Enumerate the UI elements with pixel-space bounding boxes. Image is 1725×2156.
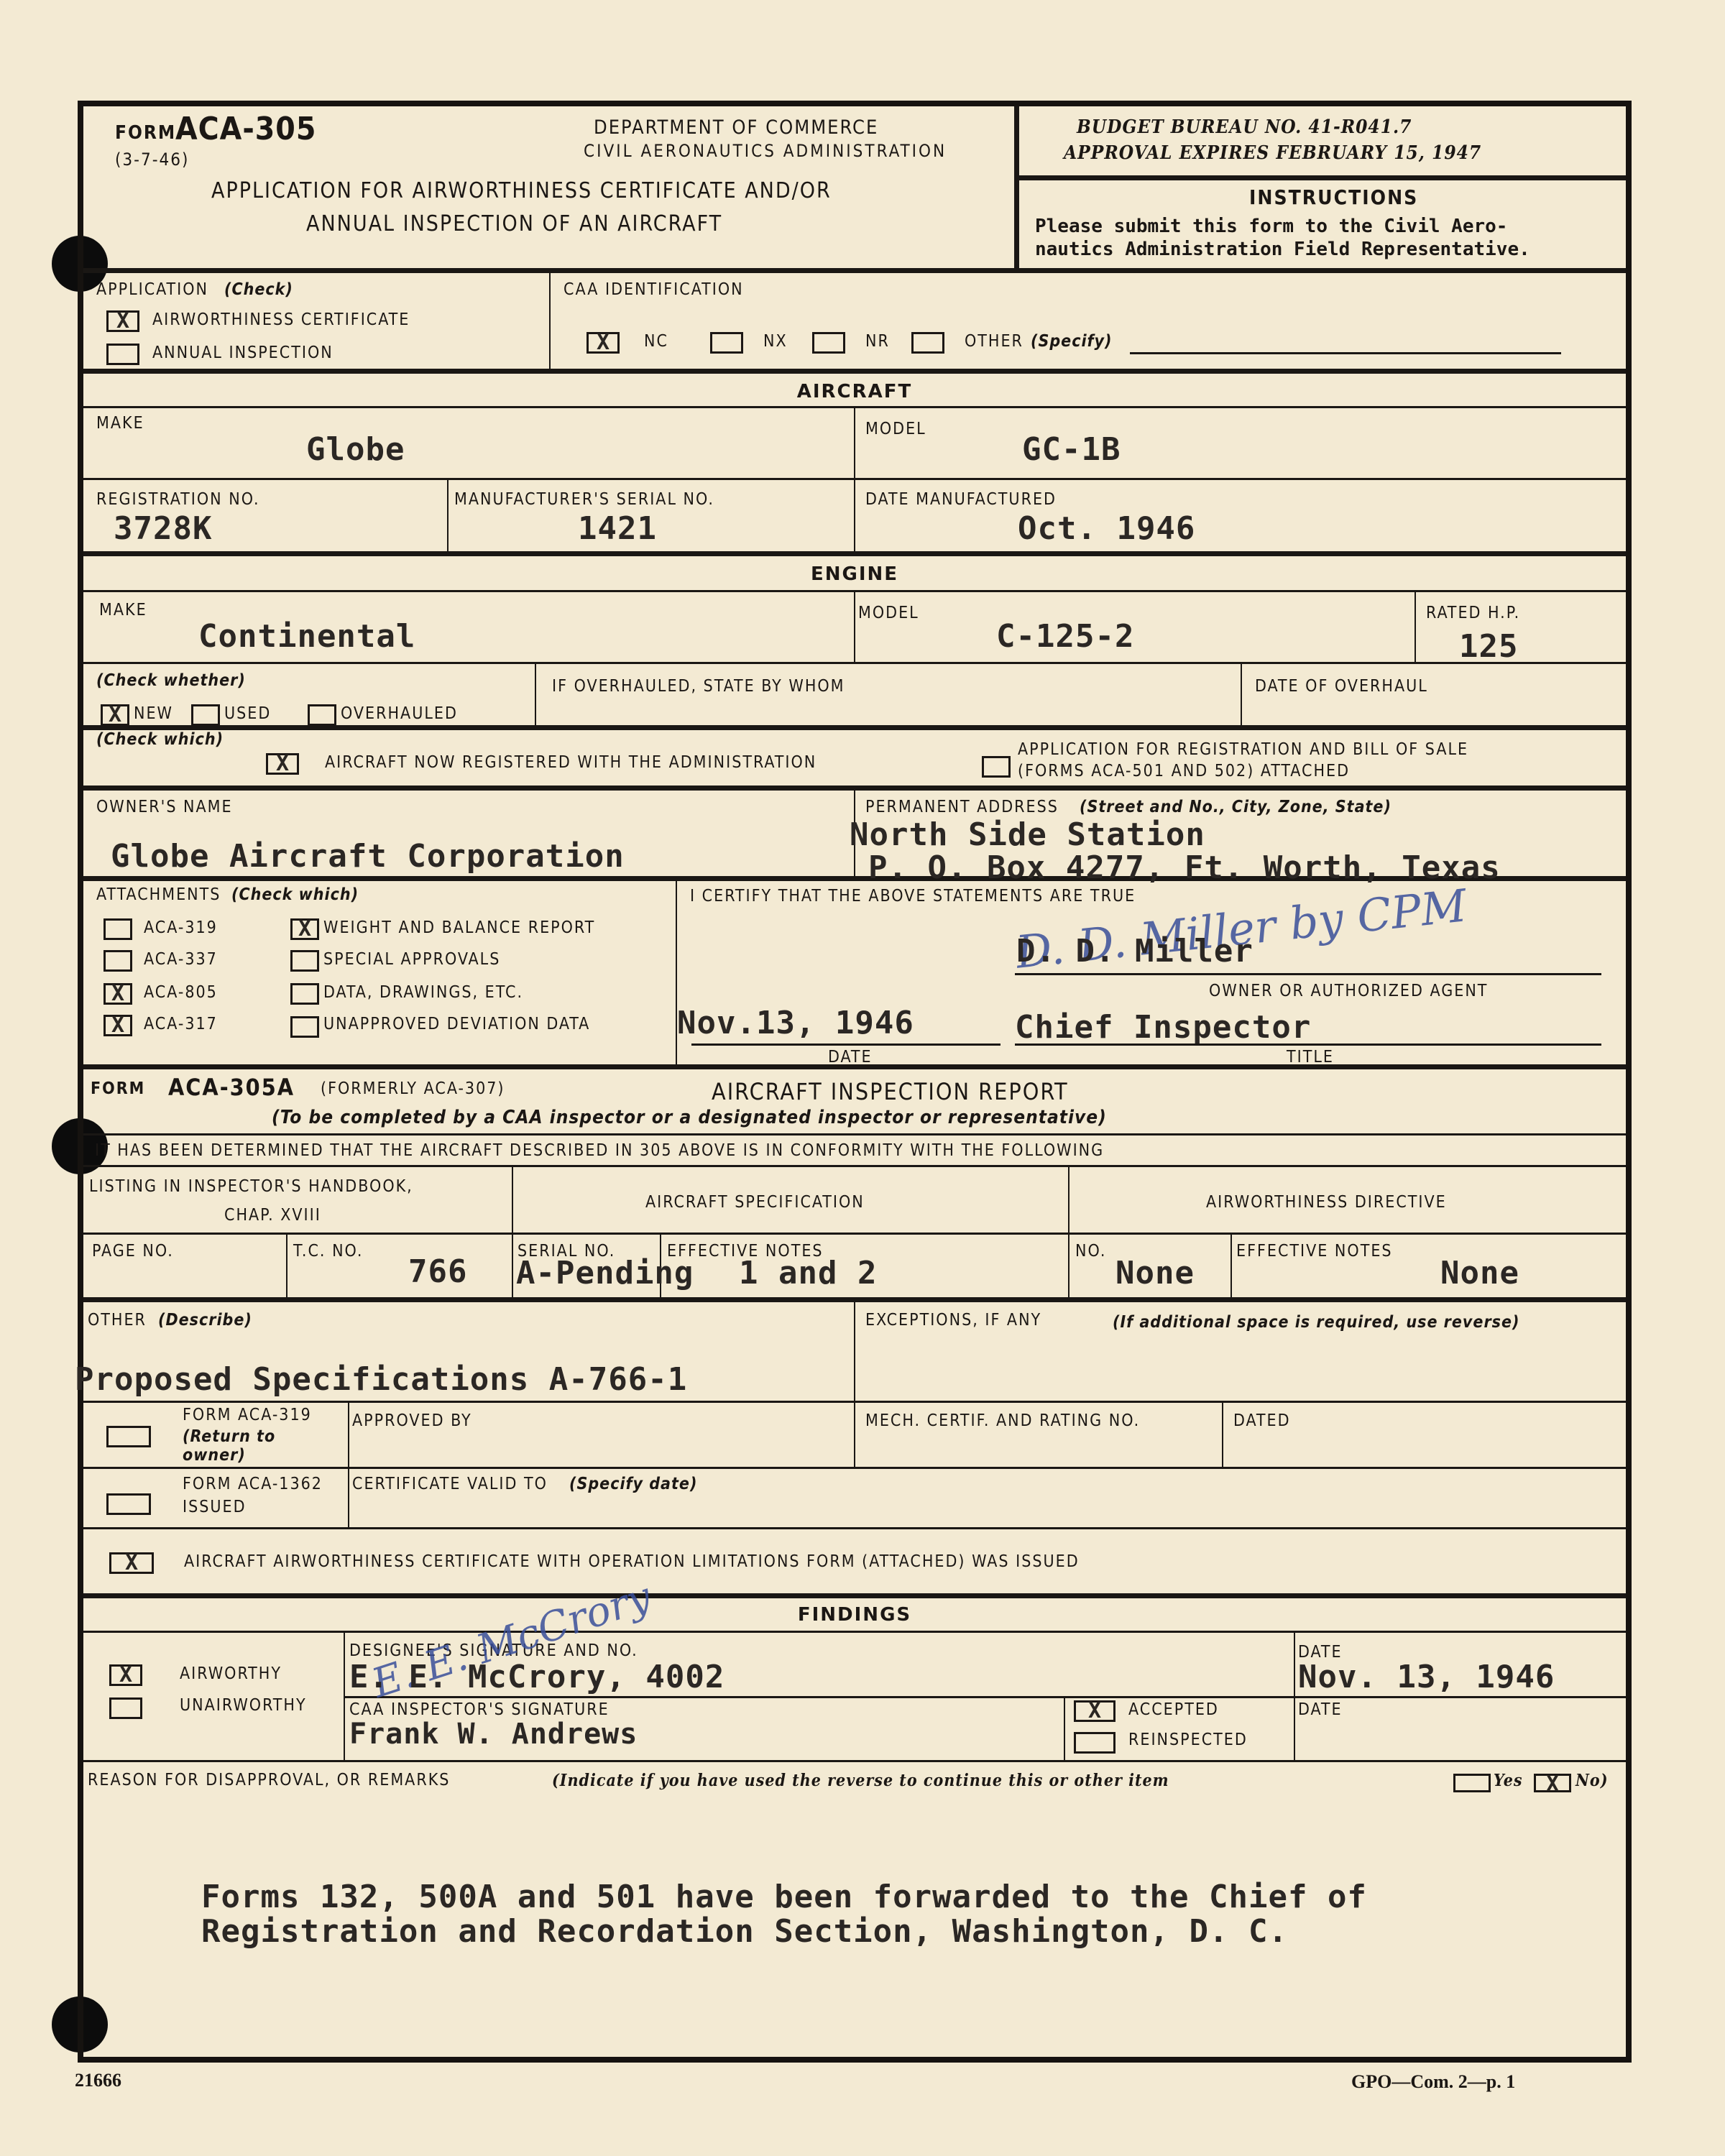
exceptions-hint: (If additional space is required, use re… xyxy=(865,1311,1613,1334)
engine-condition-row: (Check whether) NEW USED OVERHAULED IF O… xyxy=(83,664,1626,730)
form-number: ACA-305 xyxy=(175,111,316,147)
handbook-header-cell: LISTING IN INSPECTOR'S HANDBOOK, CHAP. X… xyxy=(83,1167,513,1233)
owner-name-cell: OWNER'S NAME Globe Aircraft Corporation xyxy=(83,791,855,876)
other-hint: (Specify) xyxy=(1031,332,1113,351)
unairworthy-label: UNAIRWORTHY xyxy=(180,1696,307,1715)
inspector-cell: CAA INSPECTOR'S SIGNATURE Frank W. Andre… xyxy=(345,1696,1065,1760)
attachments-cell: ATTACHMENTS (Check which) ACA-319 ACA-33… xyxy=(83,881,677,1064)
rated-hp-value[interactable]: 125 xyxy=(1459,628,1518,665)
data-drawings-checkbox[interactable] xyxy=(290,983,319,1005)
budget-bureau-number: BUDGET BUREAU NO. 41-R041.7 xyxy=(1077,116,1412,138)
registration-application-checkbox[interactable] xyxy=(982,756,1011,778)
dated-cell: DATED xyxy=(1223,1403,1626,1467)
nr-checkbox[interactable] xyxy=(812,332,845,354)
address-hint: (Street and No., City, Zone, State) xyxy=(1080,798,1391,816)
form-aca-319-checkbox[interactable] xyxy=(106,1426,151,1447)
special-approvals-label: SPECIAL APPROVALS xyxy=(323,950,500,969)
nc-label: NC xyxy=(644,332,668,351)
check-which-hint: (Check which) xyxy=(96,730,224,749)
return-to-label: (Return to xyxy=(183,1427,275,1446)
special-approvals-checkbox[interactable] xyxy=(290,950,319,972)
cert-valid-label: CERTIFICATE VALID TO xyxy=(352,1475,548,1493)
weight-balance-label: WEIGHT AND BALANCE REPORT xyxy=(323,918,595,937)
engine-make-row: MAKE Continental MODEL C-125-2 RATED H.P… xyxy=(83,592,1626,664)
aircraft-make-value[interactable]: Globe xyxy=(306,431,405,468)
certification-date[interactable]: Nov.13, 1946 xyxy=(677,1005,914,1041)
application-section: APPLICATION (Check) AIRWORTHINESS CERTIF… xyxy=(83,273,1626,374)
annual-inspection-label: ANNUAL INSPECTION xyxy=(152,344,333,362)
remarks-line2[interactable]: Registration and Recordation Section, Wa… xyxy=(201,1913,1288,1950)
ad-no-label: NO. xyxy=(1075,1242,1106,1261)
form-aca-1362-label: FORM ACA-1362 xyxy=(183,1475,323,1493)
registration-label: REGISTRATION NO. xyxy=(96,490,260,509)
approved-by-label: APPROVED BY xyxy=(352,1411,472,1430)
reverse-used-yes-label: Yes xyxy=(1494,1771,1523,1790)
instructions-line2: nautics Administration Field Representat… xyxy=(1035,239,1530,260)
signer-typed-name: D. D. Miller xyxy=(1016,933,1253,969)
cert-valid-cell: CERTIFICATE VALID TO (Specify date) xyxy=(349,1469,1626,1527)
other-specify-field[interactable] xyxy=(1130,352,1561,354)
tc-no-cell: T.C. NO. 766 xyxy=(287,1235,513,1297)
ad-no-cell: NO. None xyxy=(1069,1235,1232,1297)
findings-signatures-cell: DESIGNEE'S SIGNATURE AND NO. E. E. McCro… xyxy=(345,1633,1626,1760)
tc-no-value[interactable]: 766 xyxy=(408,1253,467,1290)
other-checkbox[interactable] xyxy=(911,332,944,354)
date-manufactured-cell: DATE MANUFACTURED Oct. 1946 xyxy=(855,480,1626,551)
remarks-line1[interactable]: Forms 132, 500A and 501 have been forwar… xyxy=(201,1879,1367,1915)
form-aca-1362-issued-label: ISSUED xyxy=(183,1498,247,1516)
attachments-certification-row: ATTACHMENTS (Check which) ACA-319 ACA-33… xyxy=(83,881,1626,1069)
designee-date-cell: DATE Nov. 13, 1946 xyxy=(1294,1633,1626,1696)
form-aca-319-row: FORM ACA-319 (Return to owner) APPROVED … xyxy=(83,1403,1626,1469)
mech-cert-cell: MECH. CERTIF. AND RATING NO. xyxy=(855,1403,1223,1467)
approved-by-cell: APPROVED BY xyxy=(349,1403,855,1467)
aircraft-id-row: REGISTRATION NO. 3728K MANUFACTURER'S SE… xyxy=(83,480,1626,556)
inspector-name[interactable]: Frank W. Andrews xyxy=(349,1718,638,1751)
aircraft-make-cell: MAKE Globe xyxy=(83,408,855,478)
footer-gpo-code: GPO—Com. 2—p. 1 xyxy=(1351,2071,1515,2093)
designee-cell: DESIGNEE'S SIGNATURE AND NO. E. E. McCro… xyxy=(345,1633,1295,1696)
certification-cell: I CERTIFY THAT THE ABOVE STATEMENTS ARE … xyxy=(677,881,1626,1064)
inspector-date-label: DATE xyxy=(1298,1700,1343,1719)
owner-row: OWNER'S NAME Globe Aircraft Corporation … xyxy=(83,791,1626,881)
acceptance-cell: ACCEPTED REINSPECTED xyxy=(1064,1696,1295,1760)
inspector-date-cell: DATE xyxy=(1294,1696,1626,1760)
engine-new-checkbox[interactable] xyxy=(101,704,129,726)
conformity-row: IT HAS BEEN DETERMINED THAT THE AIRCRAFT… xyxy=(83,1135,1626,1167)
attachment-aca-337-checkbox[interactable] xyxy=(103,950,132,972)
form-prefix: FORM xyxy=(115,122,176,144)
designee-date-value[interactable]: Nov. 13, 1946 xyxy=(1298,1659,1555,1695)
engine-used-checkbox[interactable] xyxy=(191,704,220,726)
aircraft-model-value[interactable]: GC-1B xyxy=(1022,431,1121,468)
page-no-label: PAGE NO. xyxy=(92,1242,174,1261)
cert-valid-hint: (Specify date) xyxy=(569,1475,697,1493)
other-describe-label: OTHER xyxy=(88,1311,147,1330)
form-title-line2: ANNUAL INSPECTION OF AN AIRCRAFT xyxy=(306,211,722,236)
signature-line xyxy=(1015,973,1601,975)
header-title-block: FORM ACA-305 (3-7-46) DEPARTMENT OF COMM… xyxy=(83,106,1019,268)
ad-notes-label: EFFECTIVE NOTES xyxy=(1236,1242,1393,1261)
other-describe-hint: (Describe) xyxy=(158,1311,252,1330)
agency-name: CIVIL AERONAUTICS ADMINISTRATION xyxy=(584,141,947,161)
reinspected-label: REINSPECTED xyxy=(1128,1731,1248,1749)
engine-overhauled-checkbox[interactable] xyxy=(308,704,336,726)
form-title-line1: APPLICATION FOR AIRWORTHINESS CERTIFICAT… xyxy=(211,178,832,203)
aircraft-model-label: MODEL xyxy=(865,420,926,438)
application-label: APPLICATION xyxy=(96,280,208,299)
handbook-label-1: LISTING IN INSPECTOR'S HANDBOOK, xyxy=(89,1177,413,1196)
application-hint: (Check) xyxy=(224,280,293,299)
engine-model-cell: MODEL C-125-2 xyxy=(855,592,1416,662)
rated-hp-label: RATED H.P. xyxy=(1426,604,1520,622)
spec-notes-cell: EFFECTIVE NOTES 1 and 2 xyxy=(661,1235,1069,1297)
aircraft-make-row: MAKE Globe MODEL GC-1B xyxy=(83,408,1626,480)
nx-checkbox[interactable] xyxy=(710,332,743,354)
registration-value[interactable]: 3728K xyxy=(114,510,212,547)
form-revision-date: (3-7-46) xyxy=(115,149,189,170)
reverse-used-no-checkbox[interactable] xyxy=(1534,1774,1571,1792)
other-exceptions-row: OTHER (Describe) Proposed Specifications… xyxy=(83,1302,1626,1403)
header-section: FORM ACA-305 (3-7-46) DEPARTMENT OF COMM… xyxy=(83,106,1626,273)
page-no-cell: PAGE NO. xyxy=(83,1235,287,1297)
overhaul-date-label: DATE OF OVERHAUL xyxy=(1255,677,1428,696)
engine-overhauled-label: OVERHAULED xyxy=(341,704,458,723)
caa-identification-label: CAA IDENTIFICATION xyxy=(563,280,744,299)
conformity-statement: IT HAS BEEN DETERMINED THAT THE AIRCRAFT… xyxy=(95,1141,1104,1160)
remarks-label: REASON FOR DISAPPROVAL, OR REMARKS xyxy=(88,1771,450,1789)
formerly-label: (FORMERLY ACA-307) xyxy=(321,1079,505,1098)
caa-identification: CAA IDENTIFICATION NC NX NR OTHER (Speci… xyxy=(551,273,1626,369)
engine-section-header: ENGINE xyxy=(83,556,1626,592)
header-right-block: BUDGET BUREAU NO. 41-R041.7 APPROVAL EXP… xyxy=(1019,106,1626,268)
certification-statement: I CERTIFY THAT THE ABOVE STATEMENTS ARE … xyxy=(690,887,1136,906)
engine-new-label: NEW xyxy=(134,704,173,723)
form-aca-319-label: FORM ACA-319 xyxy=(183,1406,312,1424)
application-type: APPLICATION (Check) AIRWORTHINESS CERTIF… xyxy=(83,273,551,369)
ad-notes-cell: EFFECTIVE NOTES None xyxy=(1232,1235,1626,1297)
engine-condition-cell: (Check whether) NEW USED OVERHAULED xyxy=(83,664,536,725)
rated-hp-cell: RATED H.P. 125 xyxy=(1416,592,1626,662)
inspector-row: CAA INSPECTOR'S SIGNATURE Frank W. Andre… xyxy=(345,1696,1626,1760)
engine-used-label: USED xyxy=(224,704,271,723)
accepted-label: ACCEPTED xyxy=(1128,1700,1219,1719)
serial-label: MANUFACTURER'S SERIAL NO. xyxy=(454,490,714,509)
inspection-report-title: AIRCRAFT INSPECTION REPORT xyxy=(712,1078,1069,1105)
signer-caption: OWNER OR AUTHORIZED AGENT xyxy=(1209,982,1488,1000)
spec-values-row: PAGE NO. T.C. NO. 766 SERIAL NO. A-Pendi… xyxy=(83,1235,1626,1302)
airworthiness-directive-label: AIRWORTHINESS DIRECTIVE xyxy=(1206,1193,1447,1212)
remarks-hint: (Indicate if you have used the reverse t… xyxy=(552,1771,1169,1790)
mech-cert-label: MECH. CERTIF. AND RATING NO. xyxy=(865,1411,1140,1430)
instructions-line1: Please submit this form to the Civil Aer… xyxy=(1035,216,1507,237)
inspection-form-number: ACA-305a xyxy=(168,1074,295,1101)
operation-limitations-row: AIRCRAFT AIRWORTHINESS CERTIFICATE WITH … xyxy=(83,1529,1626,1598)
department-name: DEPARTMENT OF COMMERCE xyxy=(594,116,878,139)
overhauled-by-cell: IF OVERHAULED, STATE BY WHOM xyxy=(536,664,1242,725)
operation-limitations-label: AIRCRAFT AIRWORTHINESS CERTIFICATE WITH … xyxy=(184,1552,1080,1571)
form-aca-1362-row: FORM ACA-1362 ISSUED CERTIFICATE VALID T… xyxy=(83,1469,1626,1529)
spec-header-row: LISTING IN INSPECTOR'S HANDBOOK, CHAP. X… xyxy=(83,1167,1626,1235)
footer-form-code: 21666 xyxy=(75,2070,121,2091)
attachment-aca-319-checkbox[interactable] xyxy=(103,918,132,940)
data-drawings-label: DATA, DRAWINGS, ETC. xyxy=(323,983,523,1002)
check-whether-hint: (Check whether) xyxy=(96,671,246,690)
designee-row: DESIGNEE'S SIGNATURE AND NO. E. E. McCro… xyxy=(345,1633,1626,1698)
overhaul-date-cell: DATE OF OVERHAUL xyxy=(1242,664,1626,725)
date-manufactured-value[interactable]: Oct. 1946 xyxy=(1018,510,1195,547)
other-describe-value[interactable]: Proposed Specifications A-766-1 xyxy=(75,1361,687,1398)
spec-serial-cell: SERIAL NO. A-Pending xyxy=(513,1235,661,1297)
reverse-used-no-label: No) xyxy=(1575,1771,1609,1790)
instructions-title: INSTRUCTIONS xyxy=(1249,185,1418,209)
serial-value[interactable]: 1421 xyxy=(578,510,657,547)
exceptions-cell: EXCEPTIONS, IF ANY (If additional space … xyxy=(855,1302,1626,1401)
attachment-aca-337-label: ACA-337 xyxy=(144,950,218,969)
inspection-report-subtitle: (To be completed by a CAA inspector or a… xyxy=(272,1107,1107,1128)
serial-cell: MANUFACTURER'S SERIAL NO. 1421 xyxy=(448,480,855,551)
engine-model-value[interactable]: C-125-2 xyxy=(996,618,1134,655)
form-aca-319-cell: FORM ACA-319 (Return to owner) xyxy=(83,1403,349,1467)
engine-section-title: ENGINE xyxy=(83,563,1626,585)
directive-header-cell: AIRWORTHINESS DIRECTIVE xyxy=(1069,1167,1626,1233)
ad-notes-value[interactable]: None xyxy=(1440,1255,1519,1291)
designee-typed-name[interactable]: E. E. McCrory, 4002 xyxy=(349,1659,724,1695)
nx-label: NX xyxy=(763,332,788,351)
registration-status-row: (Check which) AIRCRAFT NOW REGISTERED WI… xyxy=(83,730,1626,791)
findings-section-title: FINDINGS xyxy=(83,1604,1626,1626)
accepted-checkbox[interactable] xyxy=(1074,1700,1115,1722)
aircraft-section-header: AIRCRAFT xyxy=(83,374,1626,408)
aircraft-registered-checkbox[interactable] xyxy=(266,753,299,775)
findings-status-cell: AIRWORTHY UNAIRWORTHY xyxy=(83,1633,345,1760)
aircraft-make-label: MAKE xyxy=(96,414,144,433)
engine-make-label: MAKE xyxy=(99,601,147,619)
attachment-aca-805-checkbox[interactable] xyxy=(103,983,132,1005)
annual-inspection-checkbox[interactable] xyxy=(106,344,139,365)
owner-name-label: OWNER'S NAME xyxy=(96,798,233,816)
address-line1[interactable]: North Side Station xyxy=(850,816,1205,853)
engine-make-value[interactable]: Continental xyxy=(198,618,415,655)
engine-make-cell: MAKE Continental xyxy=(83,592,855,662)
aircraft-model-cell: MODEL GC-1B xyxy=(855,408,1626,478)
remarks-section: REASON FOR DISAPPROVAL, OR REMARKS (Indi… xyxy=(83,1762,1626,2057)
approval-expires: APPROVAL EXPIRES FEBRUARY 15, 1947 xyxy=(1064,142,1481,164)
nc-checkbox[interactable] xyxy=(586,332,620,354)
findings-header: FINDINGS xyxy=(83,1598,1626,1633)
attachment-aca-319-label: ACA-319 xyxy=(144,918,218,937)
reinspected-checkbox[interactable] xyxy=(1074,1732,1115,1754)
owner-label: owner) xyxy=(183,1446,246,1465)
aircraft-specification-label: AIRCRAFT SPECIFICATION xyxy=(645,1193,865,1212)
form-aca-1362-checkbox[interactable] xyxy=(106,1493,151,1515)
attachment-aca-805-label: ACA-805 xyxy=(144,983,218,1002)
unairworthy-checkbox[interactable] xyxy=(109,1697,142,1719)
unapproved-deviation-checkbox[interactable] xyxy=(290,1016,319,1038)
airworthy-label: AIRWORTHY xyxy=(180,1664,282,1683)
handbook-label-2: CHAP. XVIII xyxy=(224,1206,321,1225)
registration-application-label-2: (FORMS ACA-501 AND 502) ATTACHED xyxy=(1018,762,1350,780)
aircraft-registered-label: AIRCRAFT NOW REGISTERED WITH THE ADMINIS… xyxy=(325,753,816,772)
attachments-label: ATTACHMENTS xyxy=(96,885,221,904)
owner-address-cell: PERMANENT ADDRESS (Street and No., City,… xyxy=(855,791,1626,876)
reverse-used-yes-checkbox[interactable] xyxy=(1453,1774,1491,1792)
registration-cell: REGISTRATION NO. 3728K xyxy=(83,480,448,551)
unapproved-deviation-label: UNAPPROVED DEVIATION DATA xyxy=(323,1015,590,1033)
nr-label: NR xyxy=(865,332,890,351)
tc-no-label: T.C. NO. xyxy=(293,1242,363,1261)
inspection-report-header: FORM ACA-305a (FORMERLY ACA-307) AIRCRAF… xyxy=(83,1069,1626,1135)
other-describe-cell: OTHER (Describe) Proposed Specifications… xyxy=(83,1302,855,1401)
attachments-hint: (Check which) xyxy=(231,885,359,904)
airworthy-checkbox[interactable] xyxy=(109,1664,142,1686)
weight-balance-checkbox[interactable] xyxy=(290,918,319,940)
registration-application-label-1: APPLICATION FOR REGISTRATION AND BILL OF… xyxy=(1018,740,1468,759)
airworthiness-certificate-checkbox[interactable] xyxy=(106,310,139,332)
aircraft-section-title: AIRCRAFT xyxy=(83,381,1626,402)
other-label: OTHER xyxy=(965,332,1023,351)
inspection-form-prefix: FORM xyxy=(91,1079,145,1098)
ad-no-value[interactable]: None xyxy=(1115,1255,1195,1291)
dated-label: DATED xyxy=(1233,1411,1291,1430)
date-manufactured-label: DATE MANUFACTURED xyxy=(865,490,1057,509)
spec-notes-value[interactable]: 1 and 2 xyxy=(739,1255,877,1291)
title-caption: TITLE xyxy=(1287,1048,1334,1067)
address-label: PERMANENT ADDRESS xyxy=(865,798,1059,816)
operation-limitations-checkbox[interactable] xyxy=(109,1552,154,1574)
findings-row: AIRWORTHY UNAIRWORTHY DESIGNEE'S SIGNATU… xyxy=(83,1633,1626,1762)
budget-box: BUDGET BUREAU NO. 41-R041.7 APPROVAL EXP… xyxy=(1019,106,1626,180)
attachment-aca-317-label: ACA-317 xyxy=(144,1015,218,1033)
attachment-aca-317-checkbox[interactable] xyxy=(103,1015,132,1036)
overhauled-by-label: IF OVERHAULED, STATE BY WHOM xyxy=(552,677,845,696)
date-line xyxy=(691,1044,1000,1046)
spec-header-cell: AIRCRAFT SPECIFICATION xyxy=(513,1167,1069,1233)
title-line xyxy=(1015,1044,1601,1046)
form-aca-1362-cell: FORM ACA-1362 ISSUED xyxy=(83,1469,349,1527)
signer-title[interactable]: Chief Inspector xyxy=(1015,1009,1311,1046)
date-caption: DATE xyxy=(828,1048,873,1067)
inspector-label: CAA INSPECTOR'S SIGNATURE xyxy=(349,1700,609,1719)
owner-name-value[interactable]: Globe Aircraft Corporation xyxy=(111,838,625,875)
airworthiness-certificate-label: AIRWORTHINESS CERTIFICATE xyxy=(152,310,410,329)
engine-model-label: MODEL xyxy=(858,604,919,622)
aca-305-form: FORM ACA-305 (3-7-46) DEPARTMENT OF COMM… xyxy=(78,101,1632,2063)
